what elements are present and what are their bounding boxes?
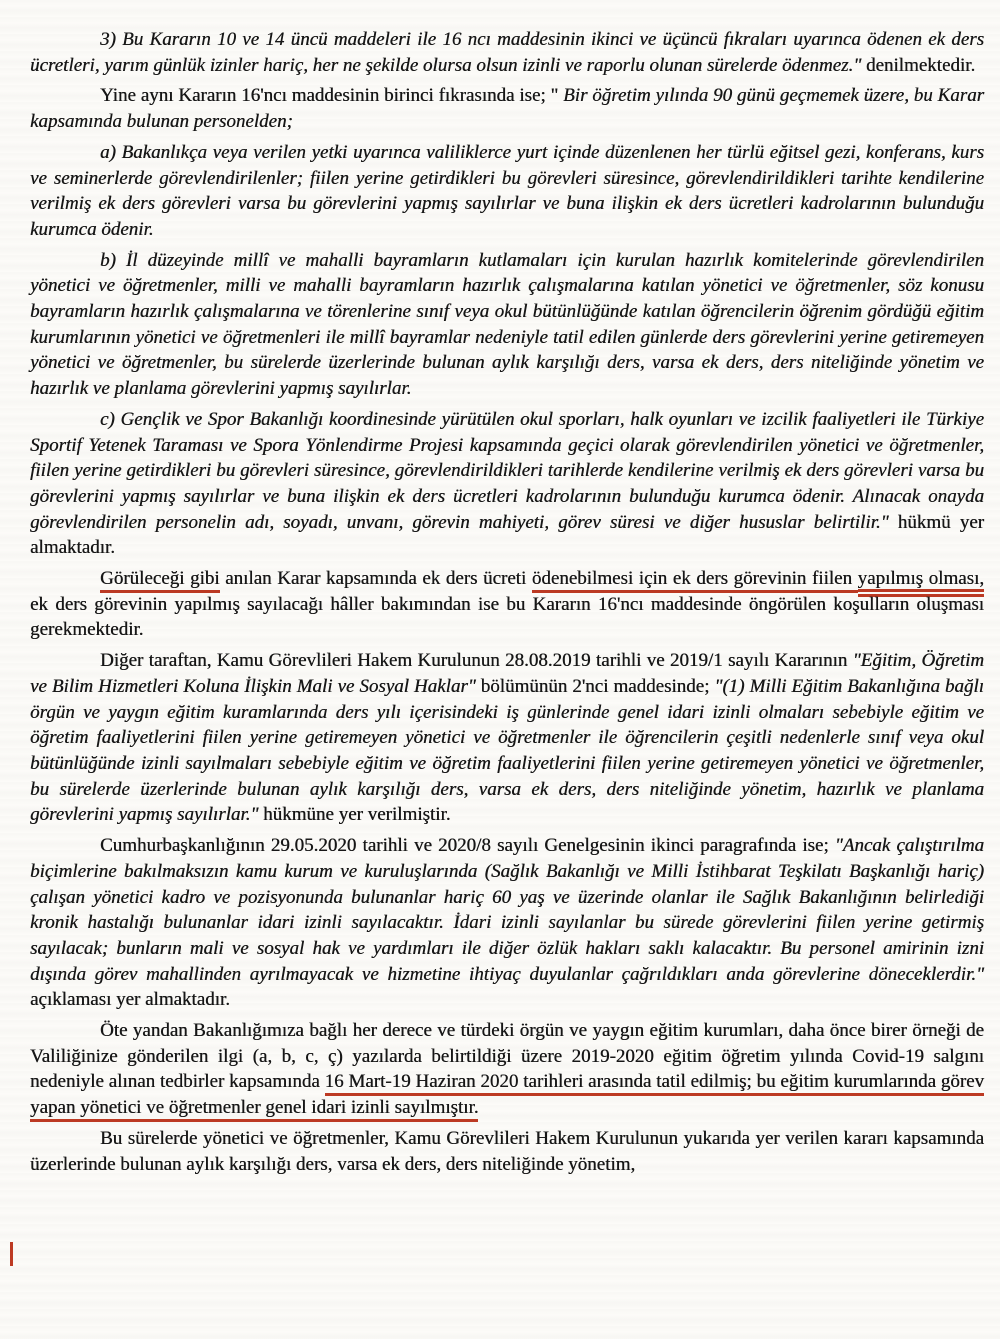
paragraph-conclusion-goruldugu-gibi: Görüleceği gibi anılan Karar kapsamında … bbox=[30, 566, 984, 643]
text-segment: Bu sürelerde yönetici ve öğretmenler, Ka… bbox=[30, 1128, 984, 1175]
text-segment: açıklaması yer almaktadır. bbox=[30, 989, 230, 1010]
paragraph-item-a: a) Bakanlıkça veya verilen yetki uyarınc… bbox=[30, 140, 984, 243]
paragraph-decision-item-3: 3) Bu Kararın 10 ve 14 üncü maddeleri il… bbox=[30, 27, 984, 78]
paragraph-article-16-intro: Yine aynı Kararın 16'ncı maddesinin biri… bbox=[30, 83, 984, 134]
document-page: 3) Bu Kararın 10 ve 14 üncü maddeleri il… bbox=[0, 0, 1000, 1339]
red-underlined-phrase: ödenebilmesi için ek ders görevinin fiil… bbox=[532, 568, 858, 593]
text-segment: hükmüne yer verilmiştir. bbox=[258, 804, 450, 825]
text-segment: anılan Karar kapsamında ek ders ücreti bbox=[220, 568, 532, 589]
text-segment: Diğer taraftan, Kamu Görevlileri Hakem K… bbox=[100, 650, 853, 671]
paragraph-hakem-kurulu-karari: Diğer taraftan, Kamu Görevlileri Hakem K… bbox=[30, 648, 984, 828]
paragraph-covid-tatil: Öte yandan Bakanlığımıza bağlı her derec… bbox=[30, 1018, 984, 1121]
red-annotation-connector bbox=[10, 1242, 13, 1266]
quoted-text: b) İl düzeyinde millî ve mahalli bayraml… bbox=[30, 250, 984, 400]
quoted-text: c) Gençlik ve Spor Bakanlığı koordinesin… bbox=[30, 409, 984, 533]
quoted-text: a) Bakanlıkça veya verilen yetki uyarınc… bbox=[30, 142, 984, 240]
quoted-text: "(1) Milli Eğitim Bakanlığına bağlı örgü… bbox=[30, 676, 984, 826]
paragraph-genelge-2020-8: Cumhurbaşkanlığının 29.05.2020 tarihli v… bbox=[30, 833, 984, 1013]
red-underlined-phrase: Görüleceği gibi bbox=[100, 568, 220, 593]
quoted-text: 3) Bu Kararın 10 ve 14 üncü maddeleri il… bbox=[30, 29, 984, 76]
text-segment: bölümünün 2'nci maddesinde; bbox=[476, 676, 715, 697]
text-segment: ek ders görevinin yapılmış sayılacağı hâ… bbox=[30, 594, 984, 641]
text-segment: Cumhurbaşkanlığının 29.05.2020 tarihli v… bbox=[100, 835, 835, 856]
paragraph-item-c: c) Gençlik ve Spor Bakanlığı koordinesin… bbox=[30, 407, 984, 561]
red-double-underlined-phrase: yapılmış olması, bbox=[858, 568, 984, 597]
text-segment: denilmektedir. bbox=[861, 55, 975, 76]
paragraph-bu-surelerde: Bu sürelerde yönetici ve öğretmenler, Ka… bbox=[30, 1126, 984, 1177]
text-segment: Yine aynı Kararın 16'ncı maddesinin biri… bbox=[100, 85, 558, 106]
paragraph-item-b: b) İl düzeyinde millî ve mahalli bayraml… bbox=[30, 248, 984, 402]
quoted-text: "Ancak çalıştırılma biçimlerine bakılmak… bbox=[30, 835, 984, 985]
